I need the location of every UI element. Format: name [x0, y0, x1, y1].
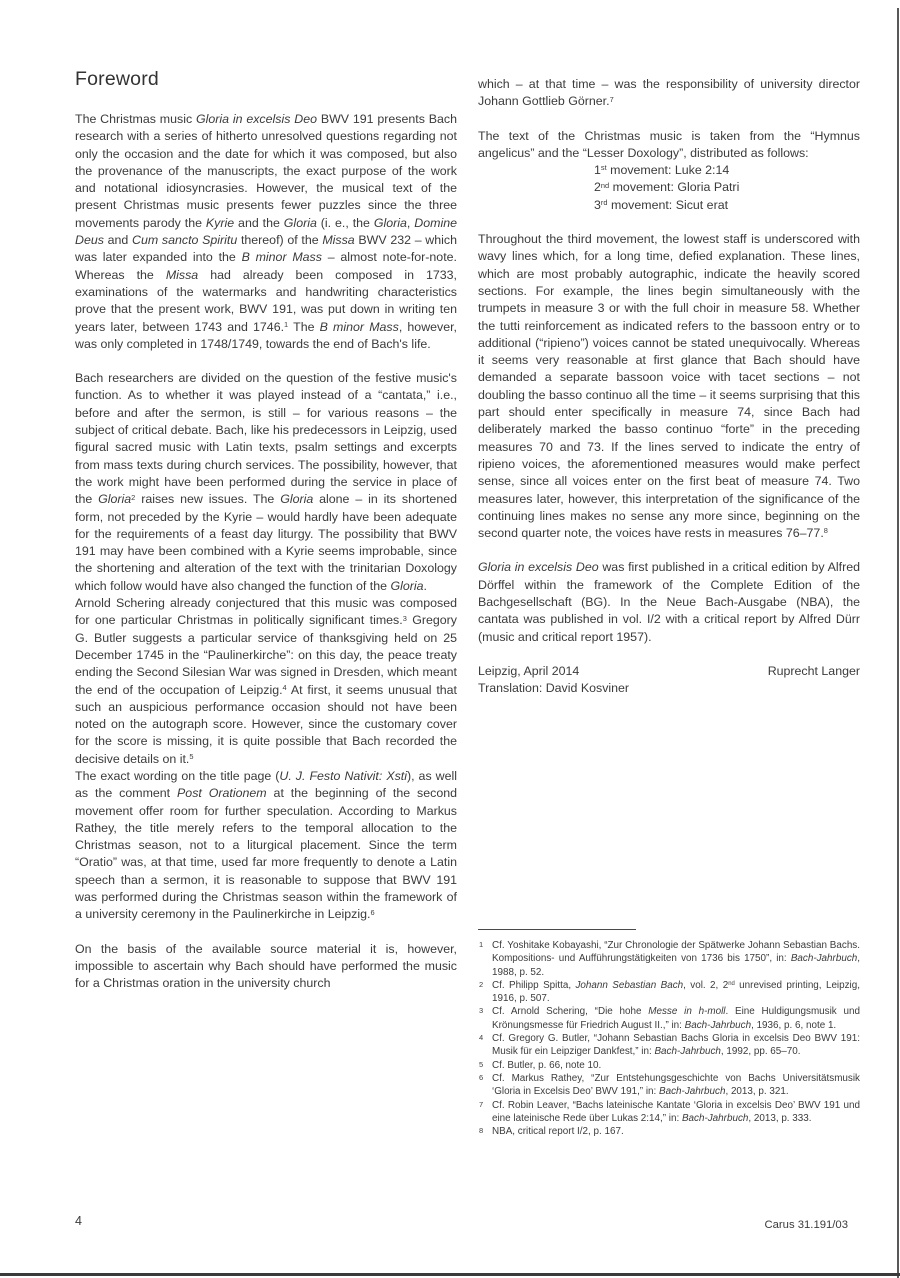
movement-item: 1st movement: Luke 2:14 [594, 162, 860, 179]
footnote-marker: 3 [403, 614, 407, 623]
text-run: Cum sancto Spiritu [132, 233, 237, 247]
footnote-marker: 1 [284, 320, 288, 329]
paragraph: The exact wording on the title page (U. … [75, 768, 457, 924]
text-run: The text of the Christmas music is taken… [478, 129, 860, 160]
paragraph: The Christmas music Gloria in excelsis D… [75, 111, 457, 353]
text-run: and [104, 233, 132, 247]
footnotes-list: 1Cf. Yoshitake Kobayashi, “Zur Chronolog… [478, 939, 860, 1138]
text-run: Gloria in excelsis Deo [478, 560, 599, 574]
text-run: Post Orationem [177, 786, 267, 800]
text-run: Cf. Butler, p. 66, note 10. [492, 1060, 601, 1071]
paragraph: Arnold Schering already conjectured that… [75, 595, 457, 768]
footnote-number: 5 [479, 1058, 483, 1071]
paragraph: On the basis of the available source mat… [75, 941, 457, 993]
right-column: which – at that time – was the responsib… [478, 76, 860, 698]
text-run: Bach-Jahrbuch [654, 1046, 720, 1057]
text-run: Gloria [374, 216, 407, 230]
text-run: Gloria [280, 492, 313, 506]
footnote-number: 3 [479, 1004, 483, 1017]
movement-item: 3rd movement: Sicut erat [594, 197, 860, 214]
text-run: Missa [166, 268, 198, 282]
page: Foreword The Christmas music Gloria in e… [0, 0, 900, 1278]
catalog-number: Carus 31.191/03 [764, 1219, 848, 1231]
footnote-marker: 7 [610, 95, 614, 104]
text-run: Bach-Jahrbuch [791, 953, 857, 964]
text-run: Gloria in excelsis Deo [196, 112, 317, 126]
text-run: alone – in its shortened form, not prece… [75, 492, 457, 592]
text-run: Arnold Schering already conjectured that… [75, 596, 457, 627]
text-run: The Christmas music [75, 112, 196, 126]
text-run: Cf. Arnold Schering, “Die hohe [492, 1006, 648, 1017]
text-run: and the [234, 216, 284, 230]
paragraph: which – at that time – was the responsib… [478, 76, 860, 111]
footnotes-area: 1Cf. Yoshitake Kobayashi, “Zur Chronolog… [478, 929, 860, 1138]
text-run: The exact wording on the title page ( [75, 769, 279, 783]
footnote-number: 1 [479, 938, 483, 951]
page-title: Foreword [75, 68, 159, 91]
footnote: 4Cf. Gregory G. Butler, “Johann Sebastia… [478, 1032, 860, 1059]
text-run: NBA, critical report I/2, p. 167. [492, 1126, 624, 1137]
text-run: B minor Mass [242, 250, 322, 264]
text-run: Gloria [98, 492, 131, 506]
footnote: 3Cf. Arnold Schering, “Die hohe Messe in… [478, 1005, 860, 1032]
movement-list: 1st movement: Luke 2:142nd movement: Glo… [594, 162, 860, 214]
text-run: Bach researchers are divided on the ques… [75, 371, 457, 506]
left-column: The Christmas music Gloria in excelsis D… [75, 111, 457, 993]
footnote-number: 2 [479, 978, 483, 991]
text-run: U. J. Festo Nativit: Xsti [279, 769, 407, 783]
text-run: , 1992, pp. 65–70. [721, 1046, 801, 1057]
text-run: Missa [322, 233, 354, 247]
text-run: B minor Mass [320, 320, 399, 334]
text-run: 1 [594, 163, 601, 177]
footnote-number: 4 [479, 1031, 483, 1044]
movement-item: 2nd movement: Gloria Patri [594, 179, 860, 196]
text-run: Cf. Philipp Spitta, [492, 980, 575, 991]
text-run: movement: Gloria Patri [609, 180, 739, 194]
footnote: 5Cf. Butler, p. 66, note 10. [478, 1059, 860, 1072]
text-run: at the beginning of the second movement … [75, 786, 457, 921]
text-run: 2 [594, 180, 601, 194]
text-run: , vol. 2, 2 [683, 980, 728, 991]
paragraph: Gloria in excelsis Deo was first publish… [478, 559, 860, 645]
paragraph: The text of the Christmas music is taken… [478, 128, 860, 163]
text-run: Gloria [284, 216, 317, 230]
text-run: The [288, 320, 319, 334]
scan-edge-right [897, 8, 899, 1278]
text-run: raises new issues. The [135, 492, 280, 506]
footnote-number: 8 [479, 1124, 483, 1137]
footnote-marker: 4 [283, 683, 287, 692]
text-run: 3 [594, 198, 601, 212]
footnote-marker: 5 [189, 752, 193, 761]
text-run: movement: Luke 2:14 [607, 163, 730, 177]
footnote: 7Cf. Robin Leaver, “Bachs lateinische Ka… [478, 1099, 860, 1126]
text-run: On the basis of the available source mat… [75, 942, 457, 991]
footnote-marker: st [601, 163, 607, 172]
text-run: BWV 191 presents Bach research with a se… [75, 112, 457, 230]
text-run: Bach-Jahrbuch [682, 1113, 748, 1124]
text-run: . [424, 579, 427, 593]
text-run: which – at that time – was the responsib… [478, 77, 860, 108]
footnote-marker: nd [601, 181, 609, 190]
text-run: , 2013, p. 321. [725, 1086, 788, 1097]
text-run: , 1936, p. 6, note 1. [751, 1020, 836, 1031]
footnote: 1Cf. Yoshitake Kobayashi, “Zur Chronolog… [478, 939, 860, 979]
text-run: Bach-Jahrbuch [685, 1020, 751, 1031]
footnote-separator [478, 929, 636, 930]
text-run: thereof) of the [237, 233, 322, 247]
signoff: Leipzig, April 2014Ruprecht LangerTransl… [478, 663, 860, 698]
text-run: movement: Sicut erat [608, 198, 729, 212]
footnote-marker: rd [601, 198, 608, 207]
footnote: 8NBA, critical report I/2, p. 167. [478, 1125, 860, 1138]
text-run: Johann Sebastian Bach [575, 980, 683, 991]
text-run: Gloria [390, 579, 423, 593]
footnote-marker: 2 [131, 493, 135, 502]
footnote-number: 6 [479, 1071, 483, 1084]
text-run: (i. e., the [317, 216, 374, 230]
paragraph: Bach researchers are divided on the ques… [75, 370, 457, 595]
text-run: Throughout the third movement, the lowes… [478, 232, 860, 540]
text-run: Messe in h-moll [648, 1006, 725, 1017]
scan-edge-bottom [0, 1273, 900, 1276]
text-run: Kyrie [206, 216, 234, 230]
text-run: , 2013, p. 333. [748, 1113, 811, 1124]
footnote: 2Cf. Philipp Spitta, Johann Sebastian Ba… [478, 979, 860, 1006]
footnote-marker: 6 [370, 908, 374, 917]
paragraph: Throughout the third movement, the lowes… [478, 231, 860, 542]
footnote-number: 7 [479, 1098, 483, 1111]
signoff-place-date: Leipzig, April 2014 [478, 663, 579, 680]
signoff-author: Ruprecht Langer [768, 663, 860, 680]
text-run: Bach-Jahrbuch [659, 1086, 725, 1097]
footnote-marker: nd [728, 981, 735, 987]
footnote: 6Cf. Markus Rathey, “Zur Entstehungsgesc… [478, 1072, 860, 1099]
page-number: 4 [75, 1214, 82, 1228]
signoff-translator: Translation: David Kosviner [478, 680, 629, 697]
footnote-marker: 8 [824, 526, 828, 535]
